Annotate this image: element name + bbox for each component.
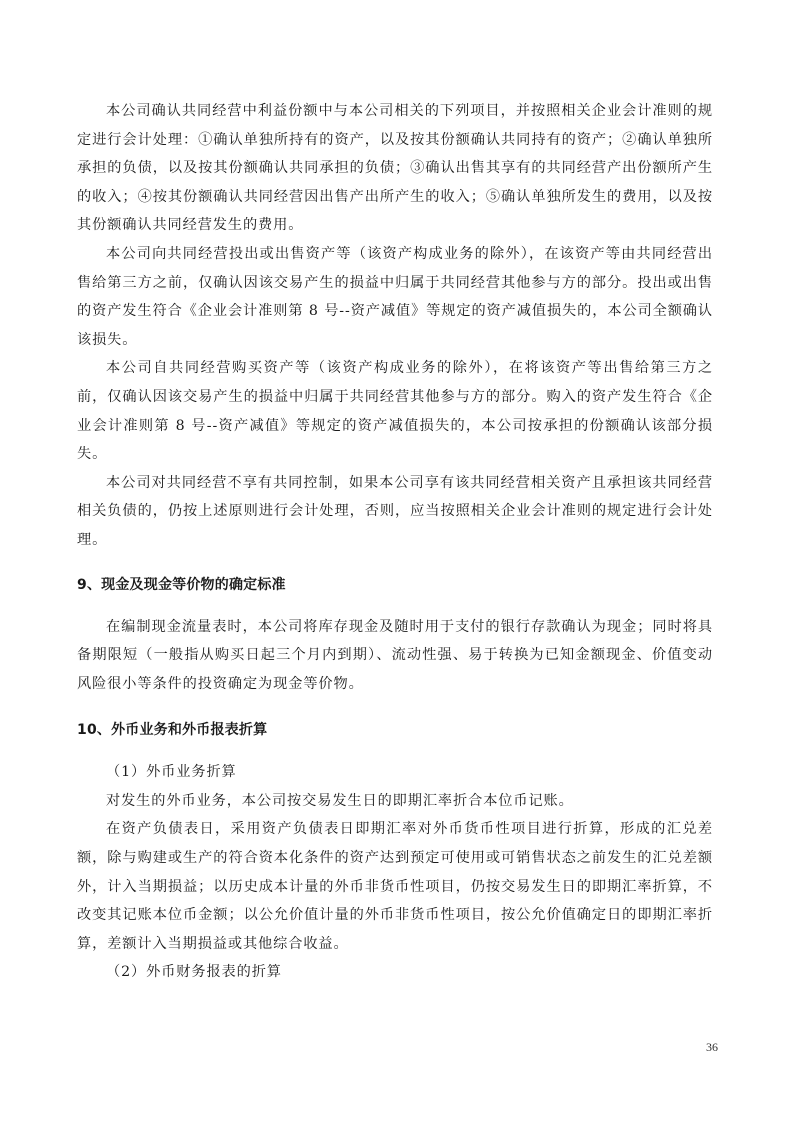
document-page: 本公司确认共同经营中利益份额中与本公司相关的下列项目，并按照相关企业会计准则的规… [77, 97, 713, 987]
paragraph-assets-purchased: 本公司自共同经营购买资产等（该资产构成业务的除外），在将该资产等出售给第三方之前… [77, 354, 713, 468]
paragraph-assets-contributed: 本公司向共同经营投出或出售资产等（该资产构成业务的除外），在该资产等由共同经营出… [77, 240, 713, 354]
paragraph-fx-balance-sheet-date: 在资产负债表日，采用资产负债表日即期汇率对外币货币性项目进行折算，形成的汇兑差额… [77, 815, 713, 958]
paragraph-no-joint-control: 本公司对共同经营不享有共同控制，如果本公司享有该共同经营相关资产且承担该共同经营… [77, 469, 713, 555]
subsection-title-fx-transactions: （1）外币业务折算 [77, 758, 713, 787]
section-heading-foreign-currency: 10、外币业务和外币报表折算 [77, 720, 713, 740]
page-number: 36 [706, 1040, 718, 1055]
paragraph-joint-operation-recognition: 本公司确认共同经营中利益份额中与本公司相关的下列项目，并按照相关企业会计准则的规… [77, 97, 713, 240]
section-heading-cash-equivalents: 9、现金及现金等价物的确定标准 [77, 575, 713, 595]
paragraph-fx-transactions: 对发生的外币业务，本公司按交易发生日的即期汇率折合本位币记账。 [77, 787, 713, 816]
paragraph-cash-equivalents: 在编制现金流量表时，本公司将库存现金及随时用于支付的银行存款确认为现金；同时将具… [77, 613, 713, 699]
subsection-title-fx-statements: （2）外币财务报表的折算 [77, 958, 713, 987]
